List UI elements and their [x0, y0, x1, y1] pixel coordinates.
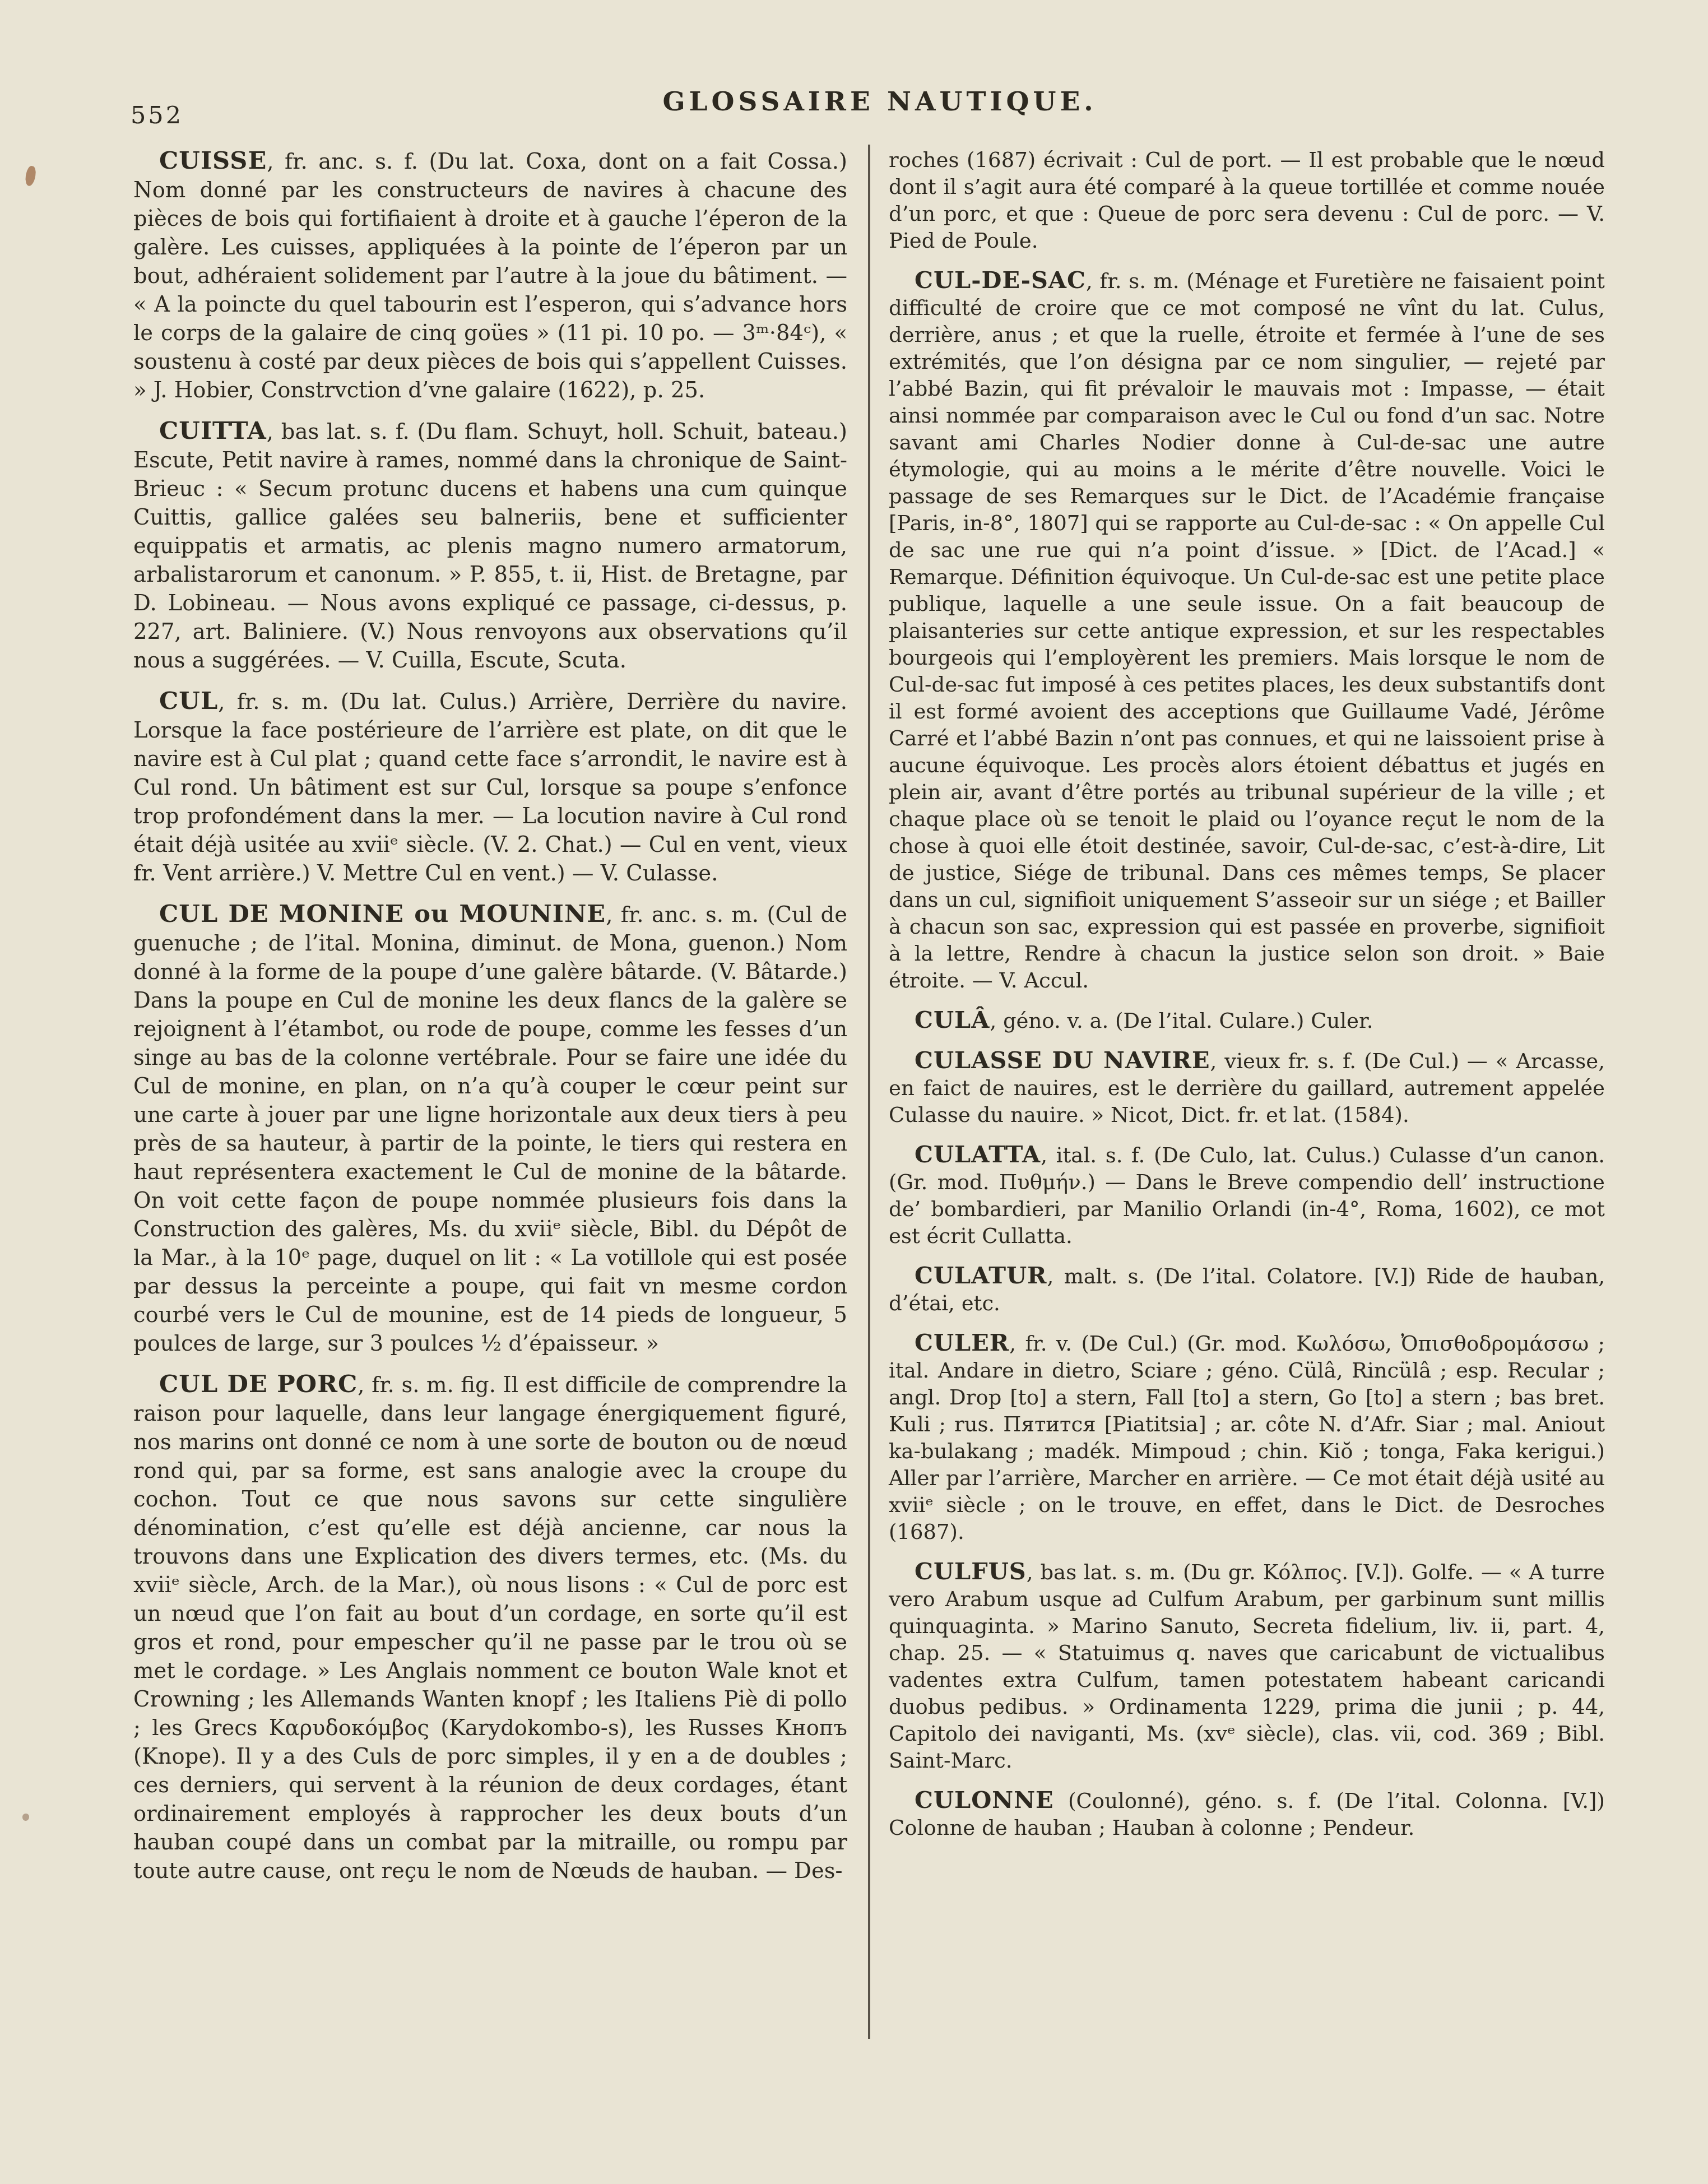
- dictionary-entry-cuitta: CUITTA, bas lat. s. f. (Du flam. Schuyt,…: [133, 417, 847, 675]
- entry-term: CUL DE MONINE ou MOUNINE: [159, 900, 606, 928]
- entry-term: CULER: [915, 1329, 1009, 1356]
- dictionary-entry-cuisse: CUISSE, fr. anc. s. f. (Du lat. Coxa, do…: [133, 147, 847, 405]
- entry-term: CUL DE PORC: [159, 1370, 358, 1398]
- scanned-book-page: 552 GLOSSAIRE NAUTIQUE. CUISSE, fr. anc.…: [0, 0, 1708, 2184]
- dictionary-entry-culasse-du-navire: CULASSE DU NAVIRE, vieux fr. s. f. (De C…: [889, 1047, 1605, 1129]
- entry-body: roches (1687) écrivait : Cul de port. — …: [889, 148, 1605, 253]
- dictionary-entry-culer: CULER, fr. v. (De Cul.) (Gr. mod. Κωλόσω…: [889, 1329, 1605, 1546]
- entry-body: , fr. anc. s. m. (Cul de guenuche ; de l…: [133, 902, 847, 1356]
- dictionary-entry-cul: CUL, fr. s. m. (Du lat. Culus.) Arrière,…: [133, 687, 847, 888]
- entry-term: CULÂ: [915, 1006, 990, 1033]
- entry-body: , bas lat. s. f. (Du flam. Schuyt, holl.…: [133, 419, 847, 673]
- dictionary-entry-culfus: CULFUS, bas lat. s. m. (Du gr. Κόλπος. […: [889, 1558, 1605, 1774]
- entry-term: CUL: [159, 687, 218, 715]
- dictionary-entry-culonne: CULONNE (Coulonné), géno. s. f. (De l’it…: [889, 1787, 1605, 1842]
- entry-continuation: roches (1687) écrivait : Cul de port. — …: [889, 147, 1605, 254]
- ink-stain: [22, 1814, 29, 1821]
- entry-term: CUISSE: [159, 147, 267, 175]
- entry-term: CULATTA: [915, 1140, 1041, 1168]
- column-divider: [868, 145, 870, 2039]
- entry-body: , fr. s. m. fig. Il est difficile de com…: [133, 1372, 847, 1884]
- right-column: roches (1687) écrivait : Cul de port. — …: [889, 147, 1605, 1842]
- dictionary-entry-cula: CULÂ, géno. v. a. (De l’ital. Culare.) C…: [889, 1007, 1605, 1035]
- ink-stain: [24, 165, 36, 187]
- dictionary-entry-culatur: CULATUR, malt. s. (De l’ital. Colatore. …: [889, 1262, 1605, 1317]
- entry-term: CULATUR: [915, 1262, 1047, 1289]
- entry-term: CUITTA: [159, 417, 267, 445]
- left-column: CUISSE, fr. anc. s. f. (Du lat. Coxa, do…: [133, 147, 847, 1885]
- dictionary-entry-cul-de-sac: CUL-DE-SAC, fr. s. m. (Ménage et Furetiè…: [889, 267, 1605, 994]
- entry-body: , fr. s. m. (Ménage et Furetière ne fais…: [889, 269, 1605, 993]
- entry-body: , fr. anc. s. f. (Du lat. Coxa, dont on …: [133, 149, 847, 403]
- entry-term: CULFUS: [915, 1557, 1027, 1585]
- dictionary-entry-cul-de-porc: CUL DE PORC, fr. s. m. fig. Il est diffi…: [133, 1370, 847, 1885]
- dictionary-entry-culatta: CULATTA, ital. s. f. (De Culo, lat. Culu…: [889, 1141, 1605, 1250]
- entry-term: CULONNE: [915, 1786, 1054, 1814]
- entry-term: CUL-DE-SAC: [915, 266, 1086, 294]
- entry-body: , fr. v. (De Cul.) (Gr. mod. Κωλόσω, Ὀπι…: [889, 1332, 1605, 1544]
- page-title: GLOSSAIRE NAUTIQUE.: [26, 86, 1708, 117]
- dictionary-entry-cul-de-monine: CUL DE MONINE ou MOUNINE, fr. anc. s. m.…: [133, 900, 847, 1358]
- entry-body: , géno. v. a. (De l’ital. Culare.) Culer…: [990, 1009, 1373, 1033]
- entry-term: CULASSE DU NAVIRE: [915, 1046, 1210, 1074]
- entry-body: , fr. s. m. (Du lat. Culus.) Arrière, De…: [133, 689, 847, 886]
- entry-body: , bas lat. s. m. (Du gr. Κόλπος. [V.]). …: [889, 1560, 1605, 1773]
